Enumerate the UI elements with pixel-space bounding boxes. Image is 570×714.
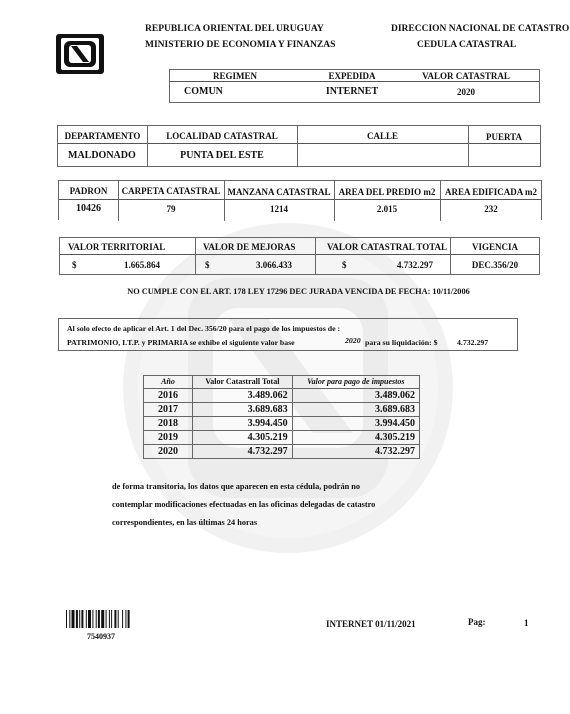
expedida-header: EXPEDIDA bbox=[312, 71, 392, 81]
valor-territorial-header: VALOR TERRITORIAL bbox=[68, 242, 165, 252]
manzana-header: MANZANA CATASTRAL bbox=[224, 187, 334, 197]
header-direction: DIRECCION NACIONAL DE CATASTRO bbox=[391, 24, 569, 34]
valor-territorial-value: 1.665.864 bbox=[100, 260, 160, 270]
valor-catastral-header: VALOR CATASTRAL bbox=[416, 71, 516, 81]
year-column-header: Año bbox=[144, 376, 193, 389]
total-cell: 3.489.062 bbox=[193, 389, 293, 403]
area-edificada-header: AREA EDIFICADA m2 bbox=[440, 187, 542, 197]
carpeta-header: CARPETA CATASTRAL bbox=[118, 186, 224, 196]
year-cell: 2020 bbox=[144, 445, 193, 459]
tax-column-header: Valor para pago de impuestos bbox=[292, 376, 419, 389]
parcel-box: PADRON CARPETA CATASTRAL MANZANA CATASTR… bbox=[58, 180, 542, 220]
tax-base-year: 2020 bbox=[345, 336, 361, 345]
table-row: 20163.489.0623.489.062 bbox=[144, 389, 420, 403]
disclaimer: de forma transitoria, los datos que apar… bbox=[112, 478, 375, 532]
tax-base-amount: 4.732.297 bbox=[457, 338, 488, 347]
tax-base-line1: Al solo efecto de aplicar el Art. 1 del … bbox=[67, 324, 340, 333]
page-number: 1 bbox=[524, 618, 529, 628]
area-predio-value: 2.015 bbox=[334, 204, 440, 214]
barcode-icon bbox=[66, 610, 176, 628]
tax-cell: 4.305.219 bbox=[292, 431, 419, 445]
table-row: 20183.994.4503.994.450 bbox=[144, 417, 420, 431]
table-row: 20173.689.6833.689.683 bbox=[144, 403, 420, 417]
header-country: REPUBLICA ORIENTAL DEL URUGUAY bbox=[145, 24, 324, 34]
location-box: DEPARTAMENTO LOCALIDAD CATASTRAL CALLE P… bbox=[57, 125, 541, 167]
departamento-header: DEPARTAMENTO bbox=[58, 131, 147, 141]
currency-symbol: $ bbox=[72, 260, 77, 270]
padron-value: 10426 bbox=[59, 203, 118, 214]
departamento-value: MALDONADO bbox=[68, 150, 136, 161]
calle-header: CALLE bbox=[297, 131, 468, 141]
carpeta-value: 79 bbox=[118, 204, 224, 214]
barcode-number: 7540937 bbox=[87, 632, 115, 641]
total-cell: 4.305.219 bbox=[193, 431, 293, 445]
regimen-box: REGIMEN EXPEDIDA VALOR CATASTRAL COMUN I… bbox=[169, 69, 540, 103]
currency-symbol: $ bbox=[205, 260, 210, 270]
disclaimer-line: contemplar modificaciones efectuadas en … bbox=[112, 496, 375, 514]
area-predio-header: AREA DEL PREDIO m2 bbox=[334, 187, 440, 197]
issued-label: INTERNET 01/11/2021 bbox=[326, 619, 416, 629]
manzana-value: 1214 bbox=[224, 204, 334, 214]
expedida-value: INTERNET bbox=[312, 86, 392, 97]
tax-base-liquidation-label: para su liquidación: $ bbox=[365, 338, 438, 347]
header-ministry: MINISTERIO DE ECONOMIA Y FINANZAS bbox=[145, 40, 335, 50]
tax-base-box: Al solo efecto de aplicar el Art. 1 del … bbox=[58, 318, 518, 351]
tax-cell: 3.689.683 bbox=[292, 403, 419, 417]
disclaimer-line: correspondientes, en las últimas 24 hora… bbox=[112, 514, 375, 532]
table-row: 20194.305.2194.305.219 bbox=[144, 431, 420, 445]
year-cell: 2018 bbox=[144, 417, 193, 431]
year-cell: 2019 bbox=[144, 431, 193, 445]
tax-cell: 3.994.450 bbox=[292, 417, 419, 431]
valor-total-value: 4.732.297 bbox=[370, 260, 433, 270]
table-row: 20204.732.2974.732.297 bbox=[144, 445, 420, 459]
year-values-table: Año Valor Catastrall Total Valor para pa… bbox=[143, 375, 420, 459]
vigencia-header: VIGENCIA bbox=[450, 242, 540, 252]
padron-header: PADRON bbox=[59, 186, 118, 196]
valor-catastral-value: 2020 bbox=[416, 87, 516, 97]
catastro-logo-icon bbox=[55, 33, 105, 75]
total-cell: 3.994.450 bbox=[193, 417, 293, 431]
valor-mejoras-value: 3.066.433 bbox=[230, 260, 292, 270]
total-cell: 4.732.297 bbox=[193, 445, 293, 459]
area-edificada-value: 232 bbox=[440, 204, 542, 214]
regimen-value: COMUN bbox=[184, 86, 223, 97]
total-column-header: Valor Catastrall Total bbox=[193, 376, 293, 389]
page-label: Pag: bbox=[468, 617, 486, 627]
localidad-header: LOCALIDAD CATASTRAL bbox=[147, 131, 297, 141]
tax-cell: 4.732.297 bbox=[292, 445, 419, 459]
valor-mejoras-header: VALOR DE MEJORAS bbox=[203, 242, 295, 252]
regimen-header: REGIMEN bbox=[195, 71, 275, 81]
localidad-value: PUNTA DEL ESTE bbox=[147, 150, 297, 161]
puerta-header: PUERTA bbox=[468, 132, 540, 142]
vigencia-value: DEC.356/20 bbox=[450, 260, 540, 270]
value-box: VALOR TERRITORIAL VALOR DE MEJORAS VALOR… bbox=[59, 237, 540, 275]
disclaimer-line: de forma transitoria, los datos que apar… bbox=[112, 478, 375, 496]
header-document-title: CEDULA CATASTRAL bbox=[417, 40, 516, 50]
valor-total-header: VALOR CATASTRAL TOTAL bbox=[327, 242, 447, 252]
year-cell: 2017 bbox=[144, 403, 193, 417]
total-cell: 3.689.683 bbox=[193, 403, 293, 417]
tax-cell: 3.489.062 bbox=[292, 389, 419, 403]
currency-symbol: $ bbox=[342, 260, 347, 270]
compliance-notice: NO CUMPLE CON EL ART. 178 LEY 17296 DEC … bbox=[57, 287, 540, 296]
tax-base-line2: PATRIMONIO, I.T.P. y PRIMARIA se exhibe … bbox=[67, 338, 295, 347]
year-cell: 2016 bbox=[144, 389, 193, 403]
